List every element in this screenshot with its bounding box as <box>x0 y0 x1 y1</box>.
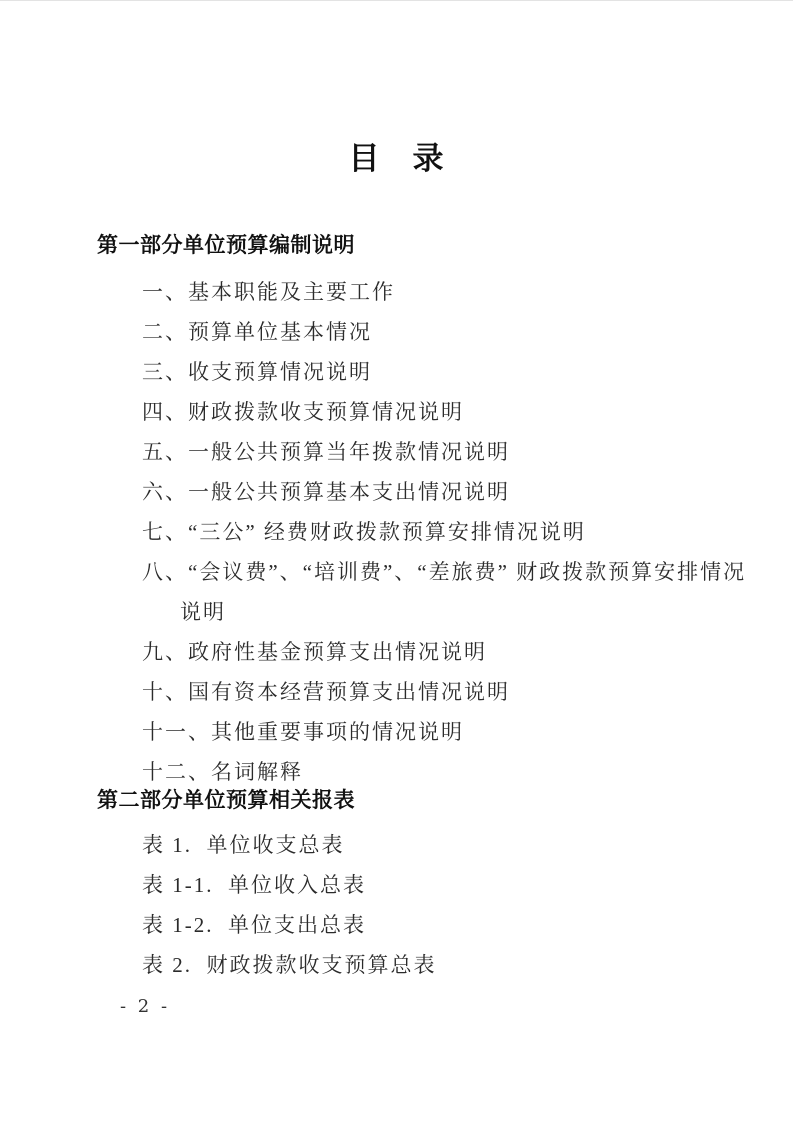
toc-entry: 五、一般公共预算当年拨款情况说明 <box>142 431 746 471</box>
toc-entry: 十二、名词解释 <box>142 751 746 791</box>
toc-entry: 二、预算单位基本情况 <box>142 311 746 351</box>
toc-entry: 表 2. 财政拨款收支预算总表 <box>142 944 437 984</box>
toc-entry: 表 1-1. 单位收入总表 <box>142 864 437 904</box>
section-1-heading: 第一部分单位预算编制说明 <box>97 232 355 260</box>
toc-entry: 六、一般公共预算基本支出情况说明 <box>142 471 746 511</box>
toc-list-part-2: 表 1. 单位收支总表 表 1-1. 单位收入总表 表 1-2. 单位支出总表 … <box>142 824 437 984</box>
toc-entry: 四、财政拨款收支预算情况说明 <box>142 391 746 431</box>
toc-entry: 八、“会议费”、“培训费”、“差旅费” 财政拨款预算安排情况 <box>142 551 746 591</box>
toc-entry: 表 1. 单位收支总表 <box>142 824 437 864</box>
toc-entry: 十一、其他重要事项的情况说明 <box>142 711 746 751</box>
toc-list-part-1: 一、基本职能及主要工作 二、预算单位基本情况 三、收支预算情况说明 四、财政拨款… <box>142 271 746 791</box>
toc-entry: 三、收支预算情况说明 <box>142 351 746 391</box>
page-number: - 2 - <box>120 996 170 1017</box>
toc-entry: 九、政府性基金预算支出情况说明 <box>142 631 746 671</box>
toc-entry: 表 1-2. 单位支出总表 <box>142 904 437 944</box>
toc-entry: 十、国有资本经营预算支出情况说明 <box>142 671 746 711</box>
section-2-heading: 第二部分单位预算相关报表 <box>97 787 355 815</box>
toc-entry: 七、“三公” 经费财政拨款预算安排情况说明 <box>142 511 746 551</box>
toc-entry-continuation: 说明 <box>142 591 746 631</box>
toc-entry: 一、基本职能及主要工作 <box>142 271 746 311</box>
document-page: 目 录 第一部分单位预算编制说明 一、基本职能及主要工作 二、预算单位基本情况 … <box>0 0 793 1123</box>
page-title: 目 录 <box>0 141 793 177</box>
